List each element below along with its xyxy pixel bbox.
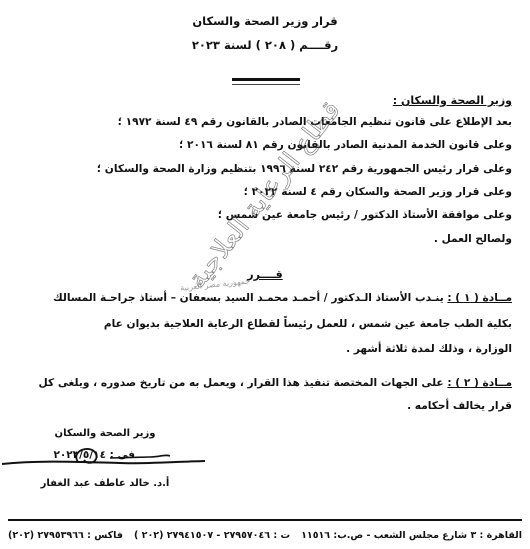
decree-date: فى : ٢٠٢٣/٥/١٤ (53, 449, 135, 461)
footer-address: القاهرة : ٣ شارع مجلس الشعب - ص.ب: ١١٥١٦ (301, 530, 522, 541)
article-2-line-1: مــادة ( ٢ ) : على الجهات المختصة تنفيذ … (39, 377, 512, 389)
footer-fax: فاكس : ٢٧٩٥٣٩٦٦ (٢٠٢) (8, 530, 123, 541)
header-divider-thick (232, 78, 300, 81)
footer-divider (8, 519, 522, 521)
decree-number: رقــــم ( ٢٠٨ ) لسنة ٢٠٢٣ (0, 38, 530, 52)
preamble-line: وعلى قانون الخدمة المدنية الصادر بالقانو… (179, 139, 512, 151)
article-1-line-1: مــادة ( ١ ) : ينـدب الأستاذ الـدكتور / … (53, 292, 512, 304)
decree-document: قرار وزير الصحة والسكان رقــــم ( ٢٠٨ ) … (0, 0, 530, 549)
signatory-name: أ.د. خالد عاطف عبد الغفار (30, 478, 180, 489)
article-1-line-2: بكلية الطب جامعة عين شمس ، للعمل رئيساً … (104, 318, 512, 330)
document-title: قرار وزير الصحة والسكان (0, 14, 530, 28)
article-2-text: على الجهات المختصة تنفيذ هذا القرار ، وي… (39, 377, 444, 389)
footer-phone: ت : ٢٧٩٥٧٠٤٦ - ٢٧٩٤١٥٠٧ (٢٠٢ ) (134, 530, 290, 541)
article-1-label: مــادة ( ١ ) : (447, 292, 512, 304)
preamble-line: ولصالح العمل . (434, 233, 512, 245)
signatory-title: وزير الصحة والسكان (30, 428, 180, 439)
article-1-text: ينـدب الأستاذ الـدكتور / أحمـد محمـد الس… (53, 292, 444, 304)
article-2-line-2: قرار يخالف أحكامه . (407, 400, 512, 412)
addressee-heading: وزير الصحة والسكان : (393, 94, 512, 107)
decree-heading: قــــرر (0, 268, 530, 281)
footer-contact: القاهرة : ٣ شارع مجلس الشعب - ص.ب: ١١٥١٦… (8, 530, 522, 541)
signature-block: وزير الصحة والسكان أ.د. خالد عاطف عبد ال… (30, 428, 180, 439)
header-divider-thin (232, 84, 300, 85)
article-2-label: مــادة ( ٢ ) : (447, 377, 512, 389)
article-1-line-3: الوزارة ، وذلك لمدة ثلاثة أشهر . (346, 343, 512, 355)
